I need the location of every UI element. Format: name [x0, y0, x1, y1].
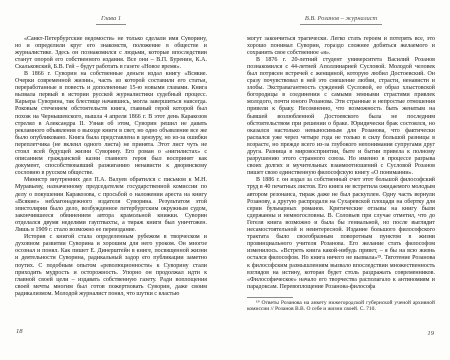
paragraph: В 1886 г. он издал за собственный счет э… [247, 177, 435, 291]
paragraph: В 1866 г. Суворин на собственные деньги … [15, 71, 207, 177]
footnote-separator-rule [247, 297, 293, 298]
paragraph: В 1876 г. 20-летний студент университета… [247, 57, 435, 178]
paragraph: Министр внутренних дел П.А. Валуев обрат… [15, 177, 207, 234]
footnote-text: ¹⁹ Ответы Розанова на анкету нижегородск… [247, 300, 435, 313]
paragraph: могут закончиться трагически. Легко стат… [247, 36, 435, 57]
footnote-block: ¹⁹ Ответы Розанова на анкету нижегородск… [247, 297, 435, 313]
paragraph: История с книгой стала определенным рубе… [15, 234, 207, 298]
book-spread-scan: Глава 1 «Санкт-Петербургские ведомости» … [0, 0, 450, 360]
page-number-left: 18 [16, 328, 23, 335]
right-running-head: В.В. Розанов – журналист [247, 15, 435, 25]
left-page: Глава 1 «Санкт-Петербургские ведомости» … [15, 0, 207, 360]
page-number-right: 19 [427, 330, 434, 337]
right-page-text: могут закончиться трагически. Легко стат… [247, 36, 435, 291]
paragraph: «Санкт-Петербургские ведомости» не тольк… [15, 36, 207, 71]
left-running-head: Глава 1 [15, 15, 207, 25]
section-heading: В.В. Розанов – журналист [300, 15, 382, 25]
right-page: В.В. Розанов – журналист могут закончить… [247, 0, 435, 360]
left-page-text: «Санкт-Петербургские ведомости» не тольк… [15, 36, 207, 298]
chapter-heading: Глава 1 [96, 15, 126, 25]
